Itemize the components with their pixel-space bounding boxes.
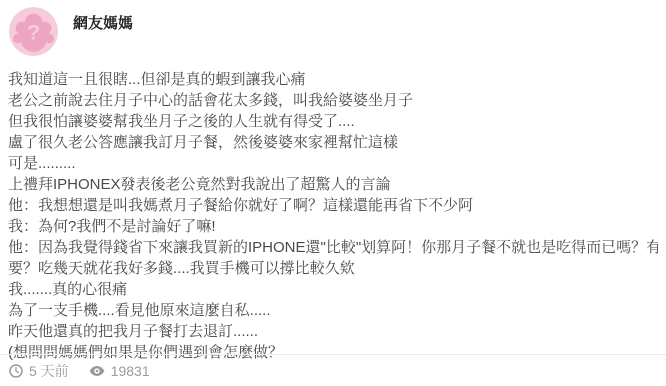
post-views: 19831: [89, 363, 150, 379]
eye-icon: [89, 365, 105, 377]
post-text-line: 可是.........: [8, 153, 658, 174]
post-text-line: 我知道這一且很瞎...但卻是真的蝦到讓我心痛: [8, 69, 658, 90]
post-text-line: 盧了很久老公答應讓我訂月子餐，然後婆婆來家裡幫忙這樣: [8, 132, 658, 153]
avatar[interactable]: ?: [9, 7, 58, 56]
post-text-line: 他：我想想還是叫我媽煮月子餐給你就好了啊？這樣還能再省下不少阿: [8, 195, 658, 216]
post-footer: 5 天前 19831: [0, 354, 666, 386]
avatar-question-glyph: ?: [27, 21, 40, 45]
post-card: ? 網友媽媽 我知道這一且很瞎...但卻是真的蝦到讓我心痛 老公之前說去住月子中…: [0, 0, 666, 386]
post-text-line: 我.......真的心很痛: [8, 279, 658, 300]
post-time: 5 天前: [9, 361, 69, 381]
post-time-label: 5 天前: [29, 361, 69, 381]
post-text-line: 我：為何?我們不是討論好了嘛!: [8, 216, 658, 237]
post-text-line: 他：因為我覺得錢省下來讓我買新的IPHONE還"比較"划算阿！你那月子餐不就也是…: [8, 237, 658, 258]
post-text-line: 上禮拜IPHONEX發表後老公竟然對我說出了超驚人的言論: [8, 174, 658, 195]
post-text-line: 為了一支手機....看見他原來這麼自私.....: [8, 300, 658, 321]
clock-icon: [9, 364, 23, 378]
post-text-line: 老公之前說去住月子中心的話會花太多錢，叫我給婆婆坐月子: [8, 90, 658, 111]
post-header: ? 網友媽媽: [0, 0, 666, 56]
post-text-line: 但我很怕讓婆婆幫我坐月子之後的人生就有得受了....: [8, 111, 658, 132]
post-text-line: 昨天他還真的把我月子餐打去退訂......: [8, 321, 658, 342]
author-name[interactable]: 網友媽媽: [73, 12, 133, 33]
post-body: 我知道這一且很瞎...但卻是真的蝦到讓我心痛 老公之前說去住月子中心的話會花太多…: [0, 69, 666, 363]
question-mark-avatar-icon: ?: [9, 7, 58, 56]
post-text-line: 要？吃幾天就花我好多錢....我買手機可以撐比較久欸: [8, 258, 658, 279]
view-count: 19831: [111, 363, 150, 379]
